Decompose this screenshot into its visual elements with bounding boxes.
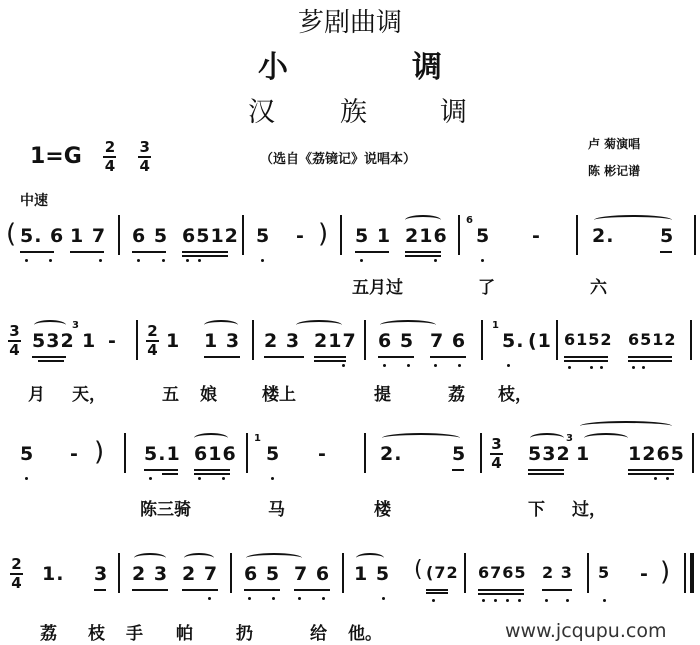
note: 1265 — [628, 443, 685, 465]
lyric: 楼上 — [262, 380, 296, 405]
final-barline — [690, 553, 694, 593]
note: 5. — [502, 330, 524, 352]
lyric: 手 — [126, 619, 143, 644]
note: 6512 — [182, 225, 239, 247]
note: 2 3 — [132, 563, 168, 585]
dash: - — [640, 563, 649, 585]
dash: - — [70, 443, 79, 465]
dash: - — [318, 443, 327, 465]
note: 6 5 — [132, 225, 168, 247]
source-note: （选自《荔镜记》说唱本） — [260, 148, 416, 167]
note: 5 — [20, 443, 34, 465]
lyric: 他。 — [348, 619, 382, 644]
note: 6152 — [564, 330, 613, 349]
lyric: 了 — [478, 273, 495, 298]
subtitle-char-1: 汉 — [248, 90, 275, 129]
note: 5. 6 — [20, 225, 64, 247]
grace-note: 6 — [466, 215, 473, 226]
barline — [242, 215, 244, 255]
note: 5 — [660, 225, 674, 247]
lyric: 过， — [572, 495, 606, 520]
lyric: 六 — [590, 273, 607, 298]
lyric: 荔 — [40, 619, 57, 644]
note: 1 3 — [204, 330, 240, 352]
note: 5 1 — [355, 225, 391, 247]
lyric: 娘 — [200, 380, 217, 405]
grace-note: 1 — [254, 433, 261, 444]
category-title: 芗剧曲调 — [0, 2, 700, 39]
grace-note: 3 — [72, 320, 79, 331]
lyric: 扔 — [236, 619, 253, 644]
subtitle-char-2: 族 — [340, 90, 367, 129]
lyric: 月 — [28, 380, 45, 405]
note: 6765 — [478, 563, 527, 582]
time-signature-3-4: 34 — [138, 140, 151, 174]
note: 5 — [598, 563, 610, 582]
lyric: 五 — [162, 380, 179, 405]
note: 7 6 — [294, 563, 330, 585]
note: 532 — [528, 443, 571, 465]
note: 1 — [576, 443, 590, 465]
lyric: 提 — [374, 380, 391, 405]
note: 2 3 — [542, 563, 573, 582]
note: 216 — [405, 225, 448, 247]
note: 2 3 — [264, 330, 300, 352]
note: 1 — [166, 330, 180, 352]
note: (72 — [426, 563, 459, 582]
tempo-marking: 中速 — [20, 190, 48, 210]
note: 1 5 — [354, 563, 390, 585]
grace-note: 1 — [492, 320, 499, 331]
note: 1 7 — [70, 225, 106, 247]
lyric: 枝， — [498, 380, 532, 405]
transcriber-credit: 陈 彬记谱 — [588, 162, 640, 179]
title-char-2: 调 — [412, 42, 442, 86]
grace-note: 3 — [566, 433, 573, 444]
note: 6512 — [628, 330, 677, 349]
subtitle-char-3: 调 — [440, 90, 467, 129]
lyric: 楼 — [374, 495, 391, 520]
dash: - — [108, 330, 117, 352]
open-paren: ( — [6, 219, 16, 249]
note: 5 — [256, 225, 270, 247]
note: 2. — [592, 225, 614, 247]
time-sig: 24 — [146, 324, 159, 358]
time-sig: 34 — [8, 324, 21, 358]
lyric: 五月过 — [352, 273, 403, 298]
lyric: 帕 — [176, 619, 193, 644]
watermark: www.jcqupu.com — [505, 620, 666, 642]
lyric: 下 — [528, 495, 545, 520]
close-paren: ) — [660, 557, 670, 587]
time-signature-2-4: 24 — [103, 140, 116, 174]
note: 6 5 — [244, 563, 280, 585]
note: 5 — [266, 443, 280, 465]
note: 1. — [42, 563, 64, 585]
note: 5 — [476, 225, 490, 247]
lyric: 陈三骑 — [140, 495, 191, 520]
lyric: 天， — [72, 380, 106, 405]
note: 5.1 — [144, 443, 181, 465]
note: 5 — [452, 443, 466, 465]
note: 1 — [82, 330, 96, 352]
note: 3 — [94, 563, 108, 585]
note: 7 6 — [430, 330, 466, 352]
lyric: 马 — [268, 495, 285, 520]
close-paren: ) — [318, 219, 328, 249]
note: 2 7 — [182, 563, 218, 585]
open-paren: ( — [414, 557, 423, 582]
note: 616 — [194, 443, 237, 465]
time-sig: 34 — [490, 437, 503, 471]
lyric: 给 — [310, 619, 327, 644]
time-sig: 24 — [10, 557, 23, 591]
close-paren: ) — [94, 437, 104, 467]
note: 532 — [32, 330, 75, 352]
dash: - — [296, 225, 305, 247]
note: 6 5 — [378, 330, 414, 352]
singer-credit: 卢 菊演唱 — [588, 135, 640, 152]
key-label: 1=G — [30, 144, 82, 169]
lyric: 荔 — [448, 380, 465, 405]
key-signature: 1=G 24 34 — [30, 140, 151, 174]
note: 217 — [314, 330, 357, 352]
lyric: 枝 — [88, 619, 105, 644]
barline — [118, 215, 120, 255]
note: 2. — [380, 443, 402, 465]
dash: - — [532, 225, 541, 247]
note: (1 — [528, 330, 552, 352]
title-char-1: 小 — [258, 42, 288, 86]
